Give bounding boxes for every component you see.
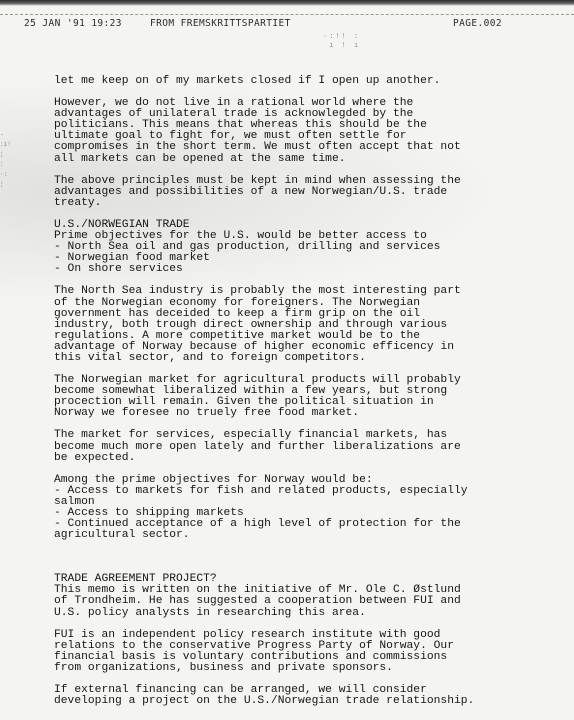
- paragraph: However, we do not live in a rational wo…: [54, 98, 554, 165]
- paragraph: let me keep on of my markets closed if I…: [54, 76, 554, 87]
- text-line: compromises in the short term. We must o…: [54, 142, 554, 153]
- text-line: - On shore services: [54, 264, 554, 275]
- text-line: advantages and possibilities of a new No…: [54, 187, 554, 198]
- document-body: let me keep on of my markets closed if I…: [54, 76, 554, 718]
- text-line: - Access to markets for fish and related…: [54, 486, 554, 497]
- section-gap: [54, 552, 554, 574]
- text-line: from organizations, business and private…: [54, 663, 554, 674]
- text-line: let me keep on of my markets closed if I…: [54, 76, 554, 87]
- paragraph: If external financing can be arranged, w…: [54, 685, 554, 707]
- text-line: agricultural sector.: [54, 530, 554, 541]
- paragraph: The market for services, especially fina…: [54, 430, 554, 463]
- text-line: The North Sea industry is probably the m…: [54, 286, 554, 297]
- paragraph: The above principles must be kept in min…: [54, 176, 554, 209]
- text-line: treaty.: [54, 198, 554, 209]
- fax-date-time: 25 JAN '91 19:23: [24, 18, 122, 29]
- paragraph: The Norwegian market for agricultural pr…: [54, 375, 554, 419]
- margin-punch-marks: -:i!¦:·:¦: [0, 130, 18, 240]
- text-line: Norway we foresee no truely free food ma…: [54, 408, 554, 419]
- section: U.S./NORWEGIAN TRADEPrime objectives for…: [54, 220, 554, 275]
- fax-sender: FROM FREMSKRITTSPARTIET: [150, 18, 291, 29]
- text-line: of the Norwegian economy for foreigners.…: [54, 298, 554, 309]
- text-line: The market for services, especially fina…: [54, 430, 554, 441]
- text-line: developing a project on the U.S./Norwegi…: [54, 696, 554, 707]
- text-line: U.S. policy analysts in researching this…: [54, 608, 554, 619]
- text-line: all markets can be opened at the same ti…: [54, 154, 554, 165]
- paragraph: Among the prime objectives for Norway wo…: [54, 475, 554, 542]
- scan-top-edge: [0, 0, 574, 6]
- text-line: become much more open lately and further…: [54, 442, 554, 453]
- fax-separator-line: [0, 14, 574, 15]
- text-line: be expected.: [54, 453, 554, 464]
- section: TRADE AGREEMENT PROJECT?This memo is wri…: [54, 574, 554, 618]
- text-line: this vital sector, and to foreign compet…: [54, 353, 554, 364]
- paragraph: FUI is an independent policy research in…: [54, 630, 554, 674]
- stamp-mark: ·:!! : ı ! ı: [323, 33, 360, 51]
- fax-page-number: PAGE.002: [453, 18, 502, 29]
- paragraph: The North Sea industry is probably the m…: [54, 286, 554, 364]
- text-line: of Trondheim. He has suggested a coopera…: [54, 596, 554, 607]
